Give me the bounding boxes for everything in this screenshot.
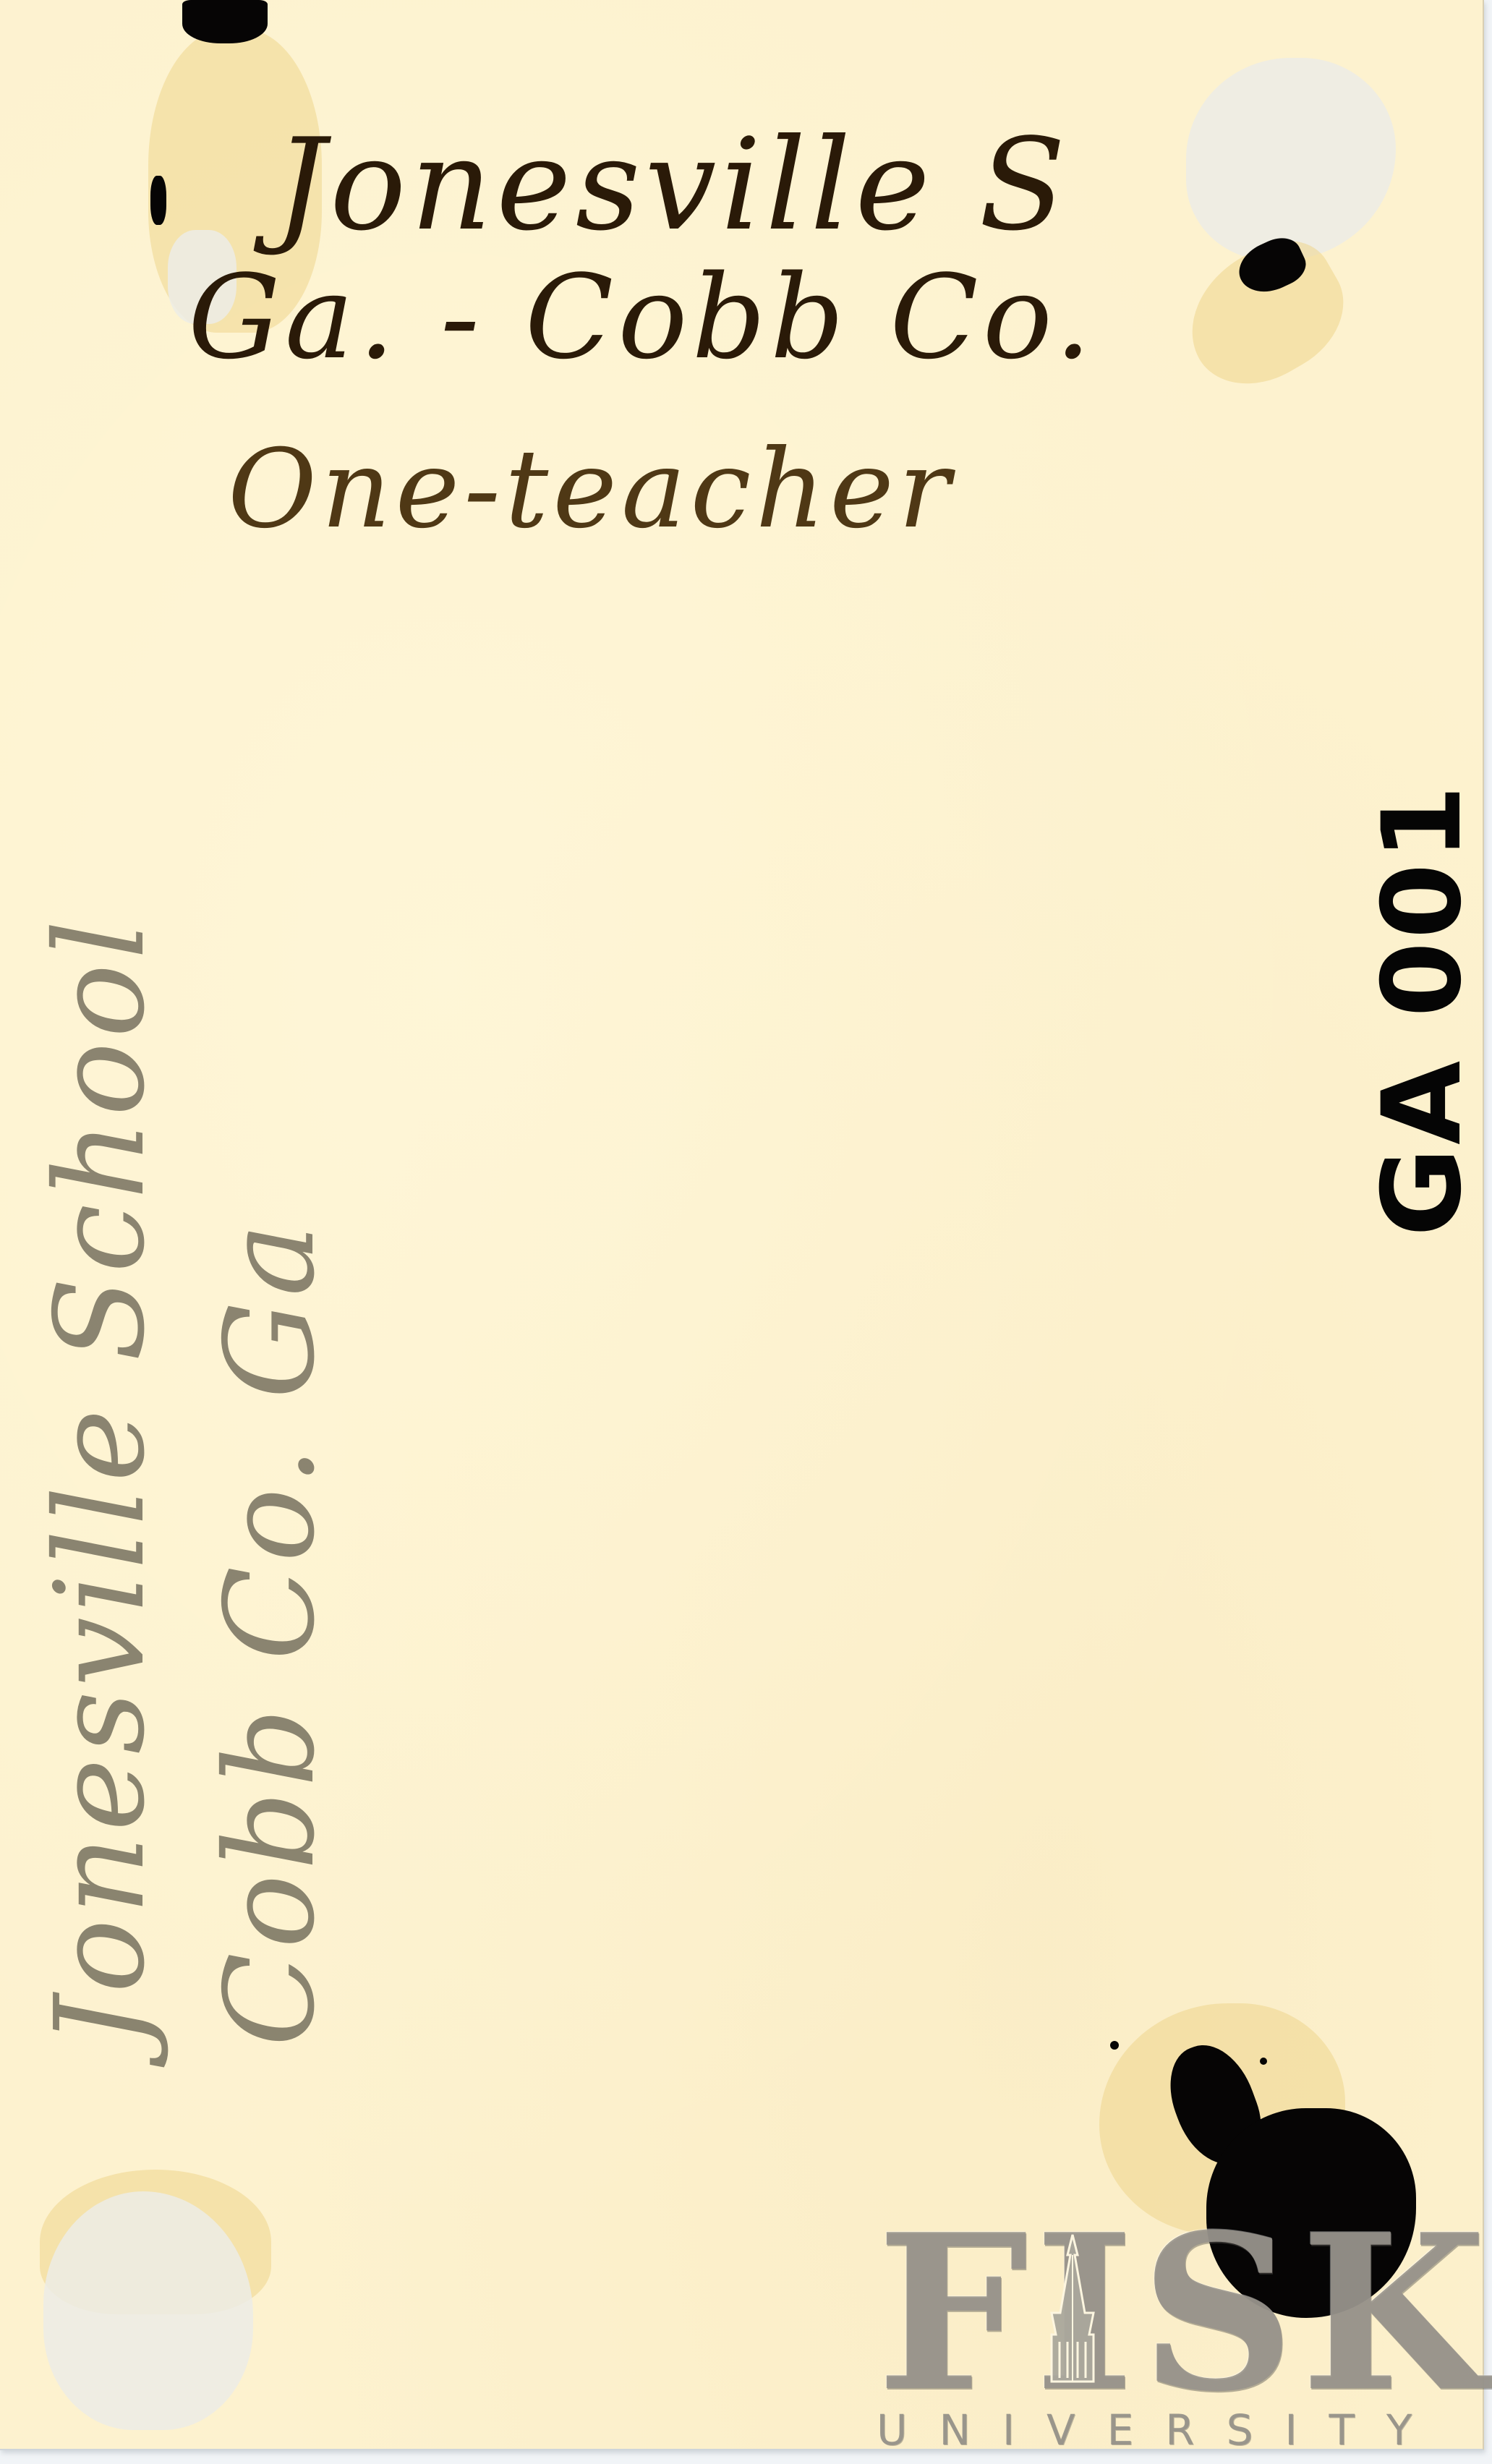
ink-annotation-line-3: One-teacher <box>228 427 955 553</box>
bleached-patch-top-right <box>1186 58 1396 260</box>
ink-annotation-line-1: Jonesville S <box>275 112 1070 259</box>
catalog-number: GA 001 <box>1360 782 1485 1237</box>
ink-annotation-line-2: Ga. - Cobb Co. <box>188 250 1096 385</box>
bell-tower-spire-icon <box>1041 2233 1104 2398</box>
ink-blot-left-small <box>150 176 166 225</box>
watermark-wordmark: FISK <box>877 2226 1455 2400</box>
scan-canvas: Jonesville S Ga. - Cobb Co. One-teacher … <box>0 0 1492 2464</box>
pencil-annotation-line-2: Cobb Co. Ga <box>199 1219 342 2047</box>
pencil-annotation-line-1: Jonesville School <box>29 916 172 2047</box>
fisk-university-watermark: FISK UNIVERSITY <box>877 2226 1455 2452</box>
ink-spot-bottom-right-b <box>1260 2058 1267 2065</box>
ink-blot-top-edge <box>182 0 268 43</box>
photo-card-verso: Jonesville S Ga. - Cobb Co. One-teacher … <box>0 0 1484 2450</box>
ink-spot-bottom-right-a <box>1110 2041 1119 2050</box>
watermark-subtitle: UNIVERSITY <box>877 2408 1455 2452</box>
